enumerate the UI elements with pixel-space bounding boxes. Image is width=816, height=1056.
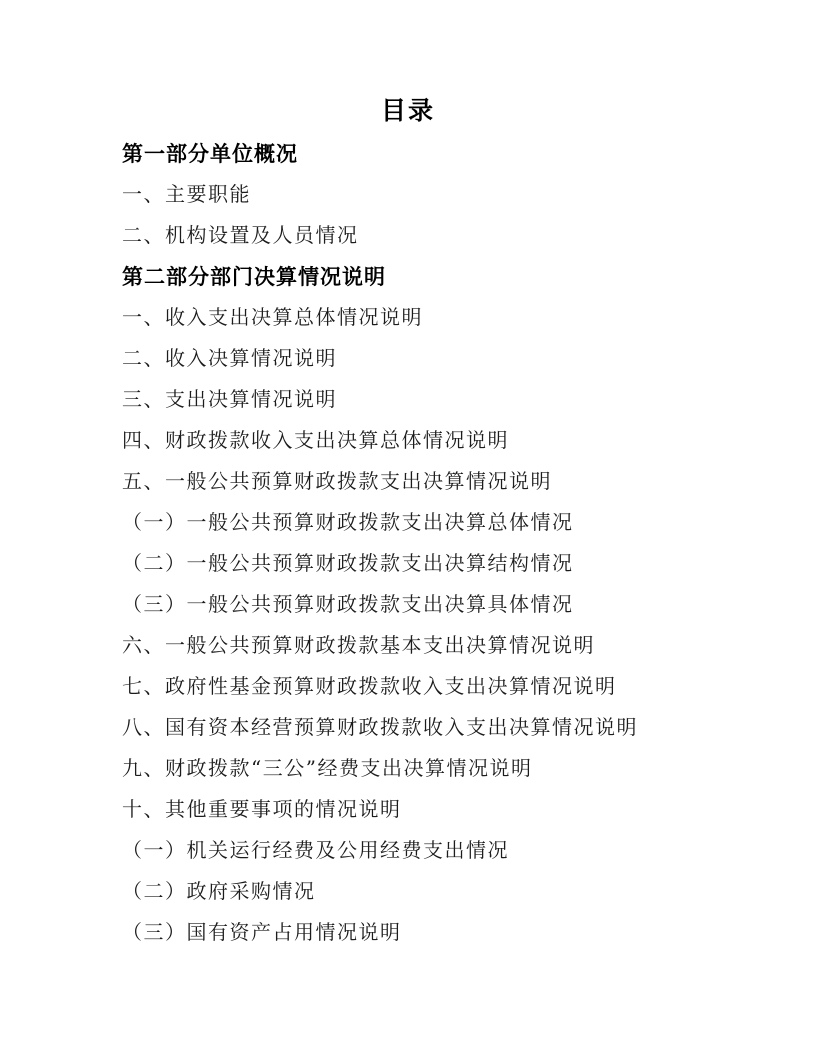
page-title: 目录 xyxy=(0,98,816,123)
toc-subitem-specific-situation: （三）一般公共预算财政拨款支出决算具体情况 xyxy=(122,584,766,625)
toc-item-expense-accounts: 三、支出决算情况说明 xyxy=(122,379,766,420)
toc-item-org-personnel: 二、机构设置及人员情况 xyxy=(122,215,766,256)
toc-subitem-gov-procurement: （二）政府采购情况 xyxy=(122,871,766,912)
toc-subitem-overall-situation: （一）一般公共预算财政拨款支出决算总体情况 xyxy=(122,502,766,543)
toc-item-income-accounts: 二、收入决算情况说明 xyxy=(122,338,766,379)
toc-item-basic-expense: 六、一般公共预算财政拨款基本支出决算情况说明 xyxy=(122,625,766,666)
toc-item-overall-income-expense: 一、收入支出决算总体情况说明 xyxy=(122,297,766,338)
toc-item-main-functions: 一、主要职能 xyxy=(122,174,766,215)
toc-subitem-state-assets: （三）国有资产占用情况说明 xyxy=(122,912,766,953)
toc-item-other-matters: 十、其他重要事项的情况说明 xyxy=(122,789,766,830)
toc-subitem-operating-funds: （一）机关运行经费及公用经费支出情况 xyxy=(122,830,766,871)
toc-item-gov-fund-budget: 七、政府性基金预算财政拨款收入支出决算情况说明 xyxy=(122,666,766,707)
toc-item-three-public-funds: 九、财政拨款“三公”经费支出决算情况说明 xyxy=(122,748,766,789)
toc-part1-heading: 第一部分单位概况 xyxy=(122,133,766,174)
toc-subitem-structure-situation: （二）一般公共预算财政拨款支出决算结构情况 xyxy=(122,543,766,584)
document-page: 目录 第一部分单位概况 一、主要职能 二、机构设置及人员情况 第二部分部门决算情… xyxy=(0,0,816,1056)
toc-part2-heading: 第二部分部门决算情况说明 xyxy=(122,256,766,297)
toc-item-fiscal-overall: 四、财政拨款收入支出决算总体情况说明 xyxy=(122,420,766,461)
toc-item-general-budget-expense: 五、一般公共预算财政拨款支出决算情况说明 xyxy=(122,461,766,502)
toc-item-state-capital-budget: 八、国有资本经营预算财政拨款收入支出决算情况说明 xyxy=(122,707,766,748)
table-of-contents: 第一部分单位概况 一、主要职能 二、机构设置及人员情况 第二部分部门决算情况说明… xyxy=(122,133,766,953)
